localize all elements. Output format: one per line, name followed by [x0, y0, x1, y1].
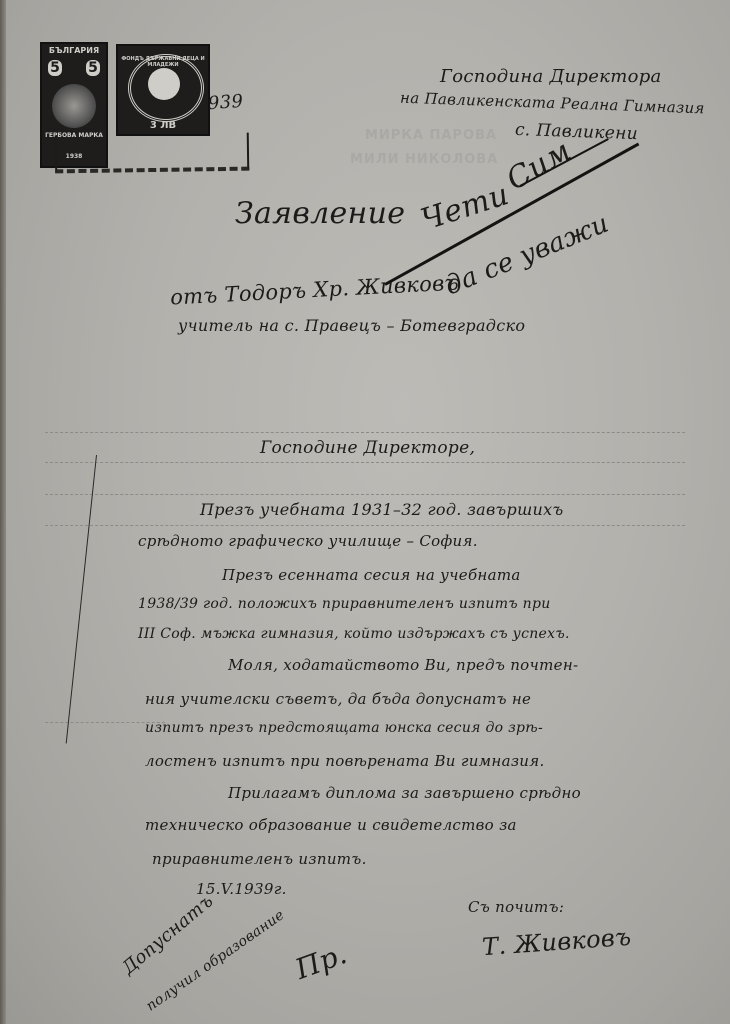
- addressee-line-3: с. Павликени: [515, 120, 639, 144]
- stamp-arc-text: ФОНДЪ ДЪРЖАВНИ ДЕЦА И МЛАДЕЖИ: [118, 56, 208, 68]
- stamp-value: 3 ЛВ: [118, 120, 208, 131]
- ruled-line: [45, 494, 685, 495]
- stamp-value-right: 5: [86, 60, 100, 76]
- body-line-11: техническо образование и свидетелство за: [145, 816, 517, 834]
- stamp-value-left: 5: [48, 60, 62, 76]
- sender-line-2: учитель на с. Правецъ – Ботевградско: [178, 316, 525, 335]
- salutation: Господине Директоре,: [260, 438, 475, 458]
- sender-line-1: отъ Тодоръ Хр. Живковъ: [170, 270, 460, 309]
- bottom-note-initials: Пр.: [291, 937, 351, 986]
- body-line-10: Прилагамъ диплома за завършено срѣдно: [228, 784, 581, 802]
- closing-phrase: Съ почитъ:: [468, 898, 564, 916]
- body-line-1: Презъ учебната 1931–32 год. завършихъ: [200, 500, 563, 519]
- stamp-cancellation-frame: [55, 133, 250, 174]
- signature: Т. Живковъ: [481, 923, 632, 961]
- body-line-9: лостенъ изпитъ при повѣрената Ви гимнази…: [145, 752, 545, 770]
- annotation-initials: Сим: [501, 133, 577, 197]
- body-line-4: 1938/39 год. положихъ приравнителенъ изп…: [138, 596, 551, 612]
- faded-print-line-2: МИЛИ НИКОЛОВА: [350, 152, 498, 167]
- body-line-12: приравнителенъ изпитъ.: [152, 850, 367, 868]
- margin-line: [66, 455, 97, 744]
- document-title: Заявление: [235, 196, 405, 231]
- addressee-line-1: Господина Директора: [440, 66, 662, 87]
- child-figure-icon: [148, 68, 180, 100]
- coat-of-arms-icon: [52, 84, 96, 128]
- ruled-line: [45, 462, 685, 463]
- faded-print-line-1: МИРКА ПАРОВА: [365, 128, 497, 143]
- ruled-line: [45, 525, 685, 526]
- scanned-document-page: БЪЛГАРИЯ 5 5 ГЕРБОВА МАРКА 1938 ФОНДЪ ДЪ…: [0, 0, 730, 1024]
- body-line-6: Моля, ходатайството Ви, предъ почтен-: [228, 656, 578, 674]
- addressee-line-2: на Павликенската Реална Гимназия: [400, 89, 705, 118]
- ruled-line: [45, 432, 685, 433]
- body-line-8: изпитъ презъ предстоящата юнска сесия до…: [145, 720, 543, 736]
- page-binding-edge: [0, 0, 6, 1024]
- stamp-country: БЪЛГАРИЯ: [42, 46, 106, 55]
- body-line-2: срѣдното графическо училище – София.: [138, 532, 478, 550]
- body-line-7: ния учителски съветъ, да бъда допуснатъ …: [145, 690, 531, 708]
- document-date: 15.V.1939г.: [196, 880, 287, 898]
- annotation-resolution: Чети: [417, 177, 513, 238]
- body-line-3: Презъ есенната сесия на учебната: [222, 566, 521, 584]
- registration-number: 939: [207, 91, 244, 114]
- charity-stamp: ФОНДЪ ДЪРЖАВНИ ДЕЦА И МЛАДЕЖИ 3 ЛВ: [116, 44, 210, 136]
- body-line-5: III Соф. мъжка гимназия, който издържахъ…: [138, 626, 570, 642]
